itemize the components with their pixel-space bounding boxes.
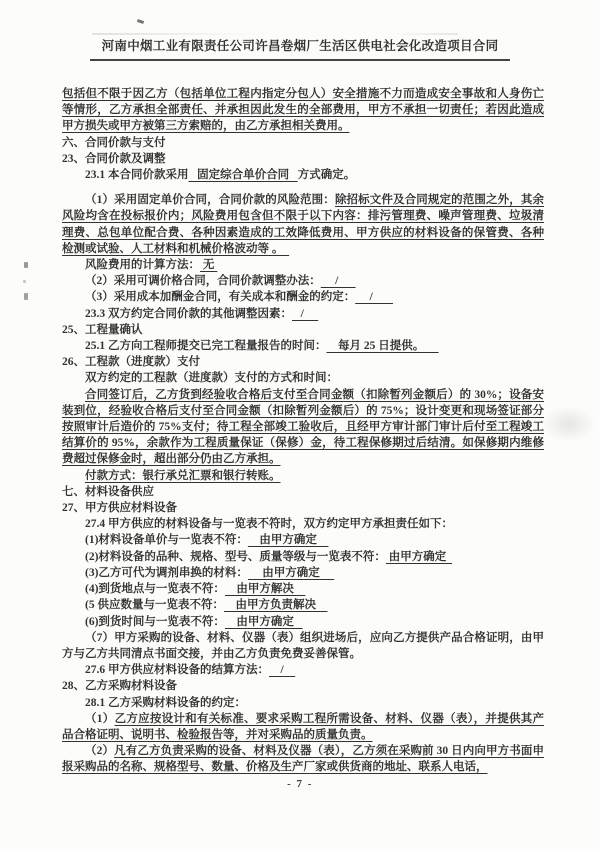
document-paragraph: (1)材料设备单价与一览表不符： 由甲方确定 bbox=[62, 532, 544, 548]
document-paragraph: 合同签订后，乙方货到经验收合格后支付至合同金额（扣除暂列金额后）的 30%；设备… bbox=[62, 387, 544, 468]
scan-artifact-speck bbox=[23, 280, 26, 283]
document-paragraph: 六、合同价款与支付 bbox=[62, 135, 544, 151]
scan-artifact-speck bbox=[24, 262, 28, 268]
paragraph-text: （1） bbox=[85, 713, 115, 725]
underlined-filled-text: / bbox=[321, 275, 356, 287]
paragraph-text: 27.6 甲方供应材料设备的结算方法： bbox=[85, 664, 269, 676]
scanned-contract-page: 河南中烟工业有限责任公司许昌卷烟厂生活区供电社会化改造项目合同 包括但不限于因乙… bbox=[0, 0, 600, 849]
document-paragraph: 包括但不限于因乙方（包括单位工程内指定分包人）安全措施不力而造成安全事故和人身伤… bbox=[62, 86, 544, 135]
paragraph-text: 23.3 双方约定合同价款的其他调整因素： bbox=[85, 308, 292, 320]
document-paragraph: 27、甲方供应材料设备 bbox=[62, 500, 544, 516]
paragraph-text: 27、甲方供应材料设备 bbox=[62, 502, 177, 514]
underlined-filled-text: 包括但不限于因乙方（包括单位工程内指定分包人）安全措施不力而造成安全事故和人身伤… bbox=[62, 88, 544, 132]
underlined-filled-text: / bbox=[269, 664, 295, 676]
paragraph-text: 27.4 甲方供应的材料设备与一览表不符时，双方约定甲方承担责任如下： bbox=[85, 518, 453, 530]
underlined-filled-text: 无 bbox=[200, 259, 217, 271]
paragraph-text: 25.1 乙方向工程师提交已完工程量报告的时间： bbox=[85, 340, 327, 352]
underlined-filled-text: 每月 25 日提供。 bbox=[327, 340, 439, 352]
paragraph-text: 28.1 乙方采购材料设备的约定： bbox=[85, 697, 246, 709]
paragraph-text: 23.1 本合同价款采用 bbox=[85, 169, 189, 181]
underlined-filled-text: 乙方应按设计和有关标准、要求采购工程所需设备、材料、仪器（表），并提供其产品合格… bbox=[62, 713, 544, 741]
document-paragraph: 七、材料设备供应 bbox=[62, 484, 544, 500]
underlined-filled-text: 由甲方负责解决 bbox=[224, 599, 328, 611]
document-paragraph: （3）采用成本加酬金合同，有关成本和酬金的约定： / bbox=[62, 289, 544, 305]
scan-artifact-streak-right bbox=[388, 33, 458, 35]
paragraph-text: 风险费用的计算方法： bbox=[85, 259, 200, 271]
document-title: 河南中烟工业有限责任公司许昌卷烟厂生活区供电社会化改造项目合同 bbox=[90, 36, 510, 54]
paragraph-text: 26、工程款（进度款）支付 bbox=[62, 356, 200, 368]
underlined-filled-text: / bbox=[355, 291, 393, 303]
scan-artifact-streak-left bbox=[92, 33, 262, 35]
document-paragraph: (5 供应数量与一览表不符： 由甲方负责解决 bbox=[62, 597, 544, 613]
paragraph-text: (6)到货时间与一览表不符： bbox=[85, 616, 225, 628]
underlined-filled-text: 合同签订后，乙方货到经验收合格后支付至合同金额（扣除暂列金额后）的 30%；设备… bbox=[62, 389, 544, 466]
document-paragraph: （1）乙方应按设计和有关标准、要求采购工程所需设备、材料、仪器（表），并提供其产… bbox=[62, 711, 544, 743]
page-number: - 7 - bbox=[0, 778, 600, 790]
underlined-filled-text: 凡有乙方负责采购的设备、材料及仪器（表），乙方须在采购前 30 日内向甲方书面申… bbox=[62, 745, 544, 773]
document-paragraph: 23.1 本合同价款采用 固定综合单价合同 方式确定。 bbox=[62, 167, 544, 183]
document-paragraph: (3)乙方可代为调剂串换的材料： 由甲方确定 bbox=[62, 565, 544, 581]
paragraph-text: 六、合同价款与支付 bbox=[62, 137, 166, 149]
page-header: 河南中烟工业有限责任公司许昌卷烟厂生活区供电社会化改造项目合同 bbox=[90, 36, 510, 61]
scan-artifact-dash bbox=[137, 19, 145, 24]
paragraph-text: (5 供应数量与一览表不符： bbox=[85, 599, 224, 611]
paragraph-text: (4)到货地点与一览表不符： bbox=[85, 583, 225, 595]
document-paragraph: （2）采用可调价格合同，合同价款调整办法： / bbox=[62, 273, 544, 289]
document-paragraph: 风险费用的计算方法： 无 bbox=[62, 257, 544, 273]
document-paragraph: (2)材料设备的品种、规格、型号、质量等级与一览表不符： 由甲方确定 bbox=[62, 549, 544, 565]
document-paragraph: 23、合同价款及调整 bbox=[62, 151, 544, 167]
document-paragraph: 付款方式：银行承兑汇票和银行转账。 bbox=[62, 468, 544, 484]
document-paragraph: 25、工程量确认 bbox=[62, 322, 544, 338]
underlined-filled-text: 固定综合单价合同 bbox=[189, 169, 298, 181]
paragraph-text: 23、合同价款及调整 bbox=[62, 153, 166, 165]
underlined-filled-text: 由甲方确定 bbox=[386, 551, 452, 563]
document-paragraph: (6)到货时间与一览表不符： 由甲方确定 bbox=[62, 614, 544, 630]
underlined-filled-text: / bbox=[292, 308, 318, 320]
underlined-filled-text: 由甲方确定 bbox=[248, 567, 334, 579]
scan-artifact-smudge bbox=[542, 406, 596, 442]
paragraph-text: (1)材料设备单价与一览表不符： bbox=[85, 534, 248, 546]
document-paragraph: 28.1 乙方采购材料设备的约定： bbox=[62, 695, 544, 711]
underlined-filled-text: 由甲方确定 bbox=[225, 616, 303, 628]
paragraph-text: （1）采用固定单价合同，合同价款的风险范围： bbox=[85, 194, 335, 206]
paragraph-text: （7）甲方采购的设备、材料、仪器（表）组织进场后，应向乙方提供产品合格证明，由甲… bbox=[62, 632, 544, 660]
document-paragraph: 26、工程款（进度款）支付 bbox=[62, 354, 544, 370]
document-paragraph: 27.4 甲方供应的材料设备与一览表不符时，双方约定甲方承担责任如下： bbox=[62, 516, 544, 532]
paragraph-text: （3）采用成本加酬金合同，有关成本和酬金的约定： bbox=[85, 291, 355, 303]
underlined-filled-text: 付款方式：银行承兑汇票和银行转账。 bbox=[85, 470, 281, 482]
paragraph-text: 25、工程量确认 bbox=[62, 324, 143, 336]
underlined-filled-text: 由甲方解决 bbox=[225, 583, 306, 595]
paragraph-text: 七、材料设备供应 bbox=[62, 486, 154, 498]
paragraph-text: （2） bbox=[85, 745, 114, 757]
document-paragraph: （2）凡有乙方负责采购的设备、材料及仪器（表），乙方须在采购前 30 日内向甲方… bbox=[62, 743, 544, 775]
document-paragraph: 双方约定的工程款（进度款）支付的方式和时间： bbox=[62, 370, 544, 386]
paragraph-text: 28、乙方采购材料设备 bbox=[62, 680, 177, 692]
document-paragraph: （7）甲方采购的设备、材料、仪器（表）组织进场后，应向乙方提供产品合格证明，由甲… bbox=[62, 630, 544, 662]
document-paragraph: 28、乙方采购材料设备 bbox=[62, 678, 544, 694]
paragraph-text: （2）采用可调价格合同，合同价款调整办法： bbox=[85, 275, 321, 287]
document-paragraph: （1）采用固定单价合同，合同价款的风险范围：除招标文件及合同规定的范围之外，其余… bbox=[62, 192, 544, 257]
paragraph-text: 双方约定的工程款（进度款）支付的方式和时间： bbox=[85, 372, 338, 384]
document-paragraph: 23.3 双方约定合同价款的其他调整因素： / bbox=[62, 306, 544, 322]
scan-artifact-speck bbox=[24, 293, 28, 300]
paragraph-text: (2)材料设备的品种、规格、型号、质量等级与一览表不符： bbox=[85, 551, 386, 563]
document-paragraph: 27.6 甲方供应材料设备的结算方法： / bbox=[62, 662, 544, 678]
document-paragraph: 25.1 乙方向工程师提交已完工程量报告的时间： 每月 25 日提供。 bbox=[62, 338, 544, 354]
underlined-filled-text: 由甲方确定 bbox=[248, 534, 329, 546]
document-body: 包括但不限于因乙方（包括单位工程内指定分包人）安全措施不力而造成安全事故和人身伤… bbox=[62, 86, 544, 776]
document-paragraph: (4)到货地点与一览表不符： 由甲方解决 bbox=[62, 581, 544, 597]
paragraph-text: 方式确定。 bbox=[298, 169, 356, 181]
paragraph-text: (3)乙方可代为调剂串换的材料： bbox=[85, 567, 248, 579]
